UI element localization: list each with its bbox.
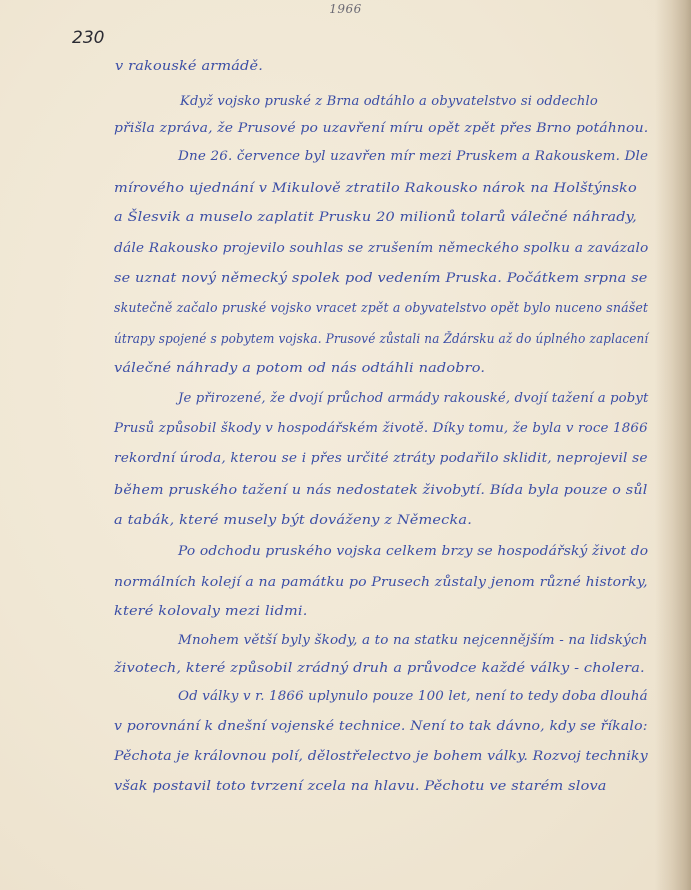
text-line: Pěchota je královnou polí, dělostřelectv… bbox=[114, 748, 648, 763]
manuscript-page: 1966 230 v rakouské armádě. Když vojsko … bbox=[0, 0, 691, 890]
text-line: které kolovaly mezi lidmi. bbox=[114, 603, 308, 618]
text-line: se uznat nový německý spolek pod vedením… bbox=[114, 270, 647, 285]
text-line: skutečně začalo pruské vojsko vracet zpě… bbox=[114, 300, 648, 315]
text-line: Dne 26. července byl uzavřen mír mezi Pr… bbox=[178, 148, 648, 163]
text-line: normálních kolejí a na památku po Prusec… bbox=[114, 574, 648, 589]
text-line: Od války v r. 1866 uplynulo pouze 100 le… bbox=[178, 688, 648, 703]
text-line: mírového ujednání v Mikulově ztratilo Ra… bbox=[114, 180, 637, 195]
text-line: a tabák, které musely být dováženy z Něm… bbox=[114, 512, 472, 527]
text-line: Mnohem větší byly škody, a to na statku … bbox=[178, 632, 648, 647]
header-year: 1966 bbox=[0, 2, 691, 16]
text-line: válečné náhrady a potom od nás odtáhli n… bbox=[114, 360, 485, 375]
text-line: přišla zpráva, že Prusové po uzavření mí… bbox=[114, 120, 648, 135]
text-line: a Šlesvik a muselo zaplatit Prusku 20 mi… bbox=[114, 209, 637, 224]
text-line: dále Rakousko projevilo souhlas se zruše… bbox=[114, 240, 648, 255]
text-line: v rakouské armádě. bbox=[115, 58, 263, 73]
text-line: však postavil toto tvrzení zcela na hlav… bbox=[114, 778, 607, 793]
text-line: útrapy spojené s pobytem vojska. Prusové… bbox=[114, 331, 648, 346]
text-line: Prusů způsobil škody v hospodářském živo… bbox=[114, 420, 648, 435]
text-line: Je přirozené, že dvojí průchod armády ra… bbox=[178, 390, 648, 405]
text-line: v porovnání k dnešní vojenské technice. … bbox=[114, 718, 648, 733]
text-line: Po odchodu pruského vojska celkem brzy s… bbox=[178, 543, 648, 558]
text-line: rekordní úroda, kterou se i přes určité … bbox=[114, 450, 648, 465]
text-line: Když vojsko pruské z Brna odtáhlo a obyv… bbox=[180, 93, 648, 108]
text-line: životech, které způsobil zrádný druh a p… bbox=[114, 660, 645, 675]
page-number: 230 bbox=[72, 28, 104, 48]
text-line: během pruského tažení u nás nedostatek ž… bbox=[114, 482, 647, 497]
